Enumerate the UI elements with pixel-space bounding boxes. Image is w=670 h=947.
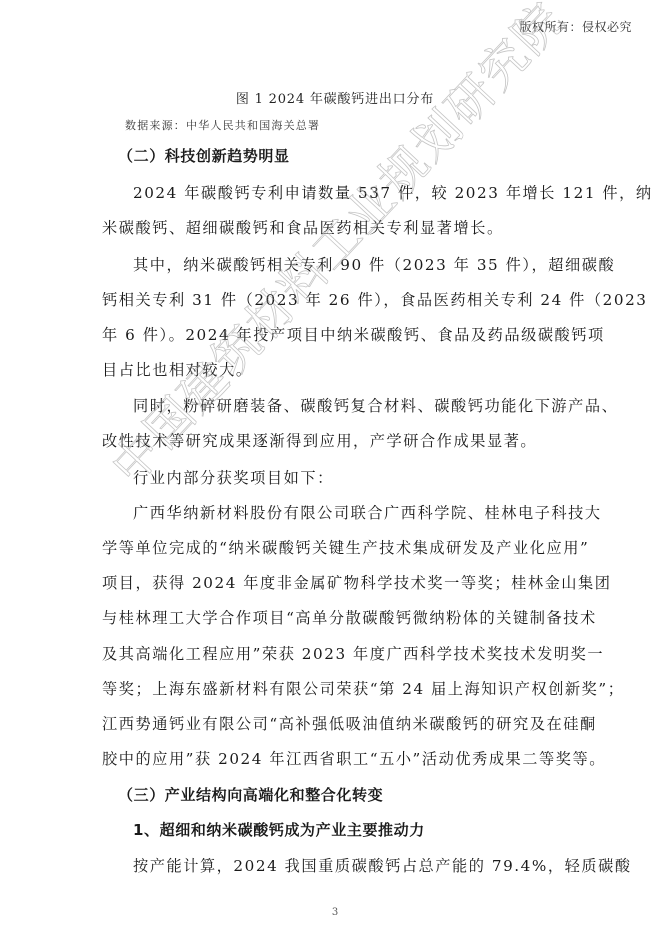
figure-caption: 图 1 2024 年碳酸钙进出口分布 <box>0 88 670 107</box>
paragraph-line: 按产能计算，2024 我国重质碳酸钙占总产能的 79.4%，轻质碳酸 <box>133 855 568 876</box>
section-heading-tech: （二）科技创新趋势明显 <box>118 145 584 166</box>
paragraph-line: 项目，获得 2024 年度非金属矿物科学技术奖一等奖；桂林金山集团 <box>102 572 568 593</box>
paragraph-line: 江西势通钙业有限公司“高补强低吸油值纳米碳酸钙的研究及在硅酮 <box>102 713 568 734</box>
paragraph-line: 及其高端化工程应用”荣获 2023 年度广西科学技术奖技术发明奖一 <box>102 643 568 664</box>
header-copyright: 版权所有：侵权必究 <box>519 18 632 35</box>
paragraph-line: 其中，纳米碳酸钙相关专利 90 件（2023 年 35 件），超细碳酸 <box>133 254 568 275</box>
sub-heading: 1、超细和纳米碳酸钙成为产业主要推动力 <box>133 819 599 840</box>
section-heading-structure: （三）产业结构向高端化和整合化转变 <box>118 784 584 805</box>
paragraph-line: 同时，粉碎研磨装备、碳酸钙复合材料、碳酸钙功能化下游产品、 <box>133 395 568 416</box>
paragraph-line: 与桂林理工大学合作项目“高单分散碳酸钙微纳粉体的关键制备技术 <box>102 607 568 628</box>
page-number: 3 <box>0 907 670 918</box>
paragraph-line: 目占比也相对较大。 <box>102 359 568 380</box>
paragraph-line: 年 6 件）。2024 年投产项目中纳米碳酸钙、食品及药品级碳酸钙项 <box>102 324 568 345</box>
paragraph-line: 行业内部分获奖项目如下： <box>133 467 568 488</box>
figure-source: 数据来源：中华人民共和国海关总署 <box>125 117 320 133</box>
paragraph-line: 胶中的应用”获 2024 年江西省职工“五小”活动优秀成果二等奖等。 <box>102 748 568 769</box>
paragraph-line: 学等单位完成的“纳米碳酸钙关键生产技术集成研发及产业化应用” <box>102 537 568 558</box>
paragraph-line: 2024 年碳酸钙专利申请数量 537 件，较 2023 年增长 121 件，纳 <box>133 182 568 203</box>
paragraph-line: 等奖；上海东盛新材料有限公司荣获“第 24 届上海知识产权创新奖”； <box>102 678 568 699</box>
watermark: 中国建筑材料工业规划研究院 <box>93 0 576 496</box>
paragraph-line: 广西华纳新材料股份有限公司联合广西科学院、桂林电子科技大 <box>133 502 568 523</box>
paragraph-line: 钙相关专利 31 件（2023 年 26 件），食品医药相关专利 24 件（20… <box>102 289 568 310</box>
paragraph-line: 米碳酸钙、超细碳酸钙和食品医药相关专利显著增长。 <box>102 217 568 238</box>
paragraph-line: 改性技术等研究成果逐渐得到应用，产学研合作成果显著。 <box>102 430 568 451</box>
